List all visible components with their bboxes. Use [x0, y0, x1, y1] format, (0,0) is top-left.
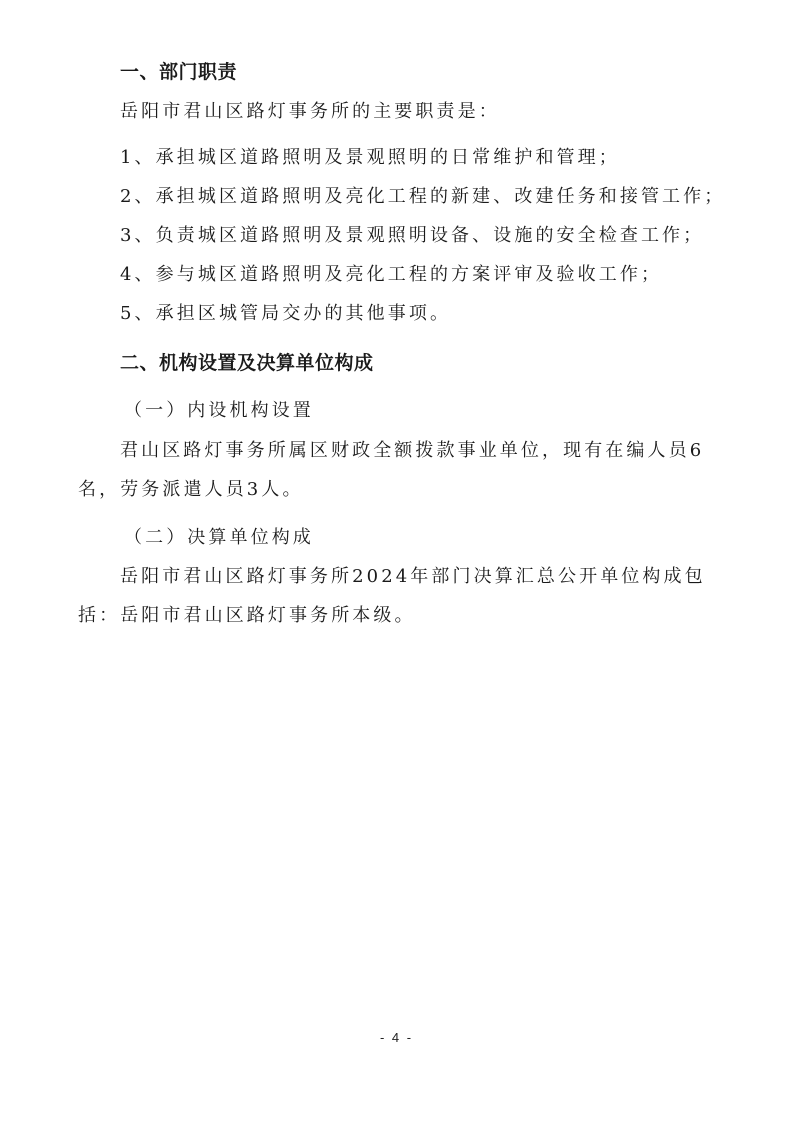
duty-item-1: 1、承担城区道路照明及景观照明的日常维护和管理；	[120, 146, 620, 170]
internal-structure-paragraph-line-2: 名，劳务派遣人员3人。	[78, 478, 304, 502]
subsection-heading-budget-units: （二）决算单位构成	[124, 526, 314, 550]
page-number: - 4 -	[0, 1030, 793, 1045]
section-heading-organization: 二、机构设置及决算单位构成	[120, 351, 374, 375]
section-heading-department-duties: 一、部门职责	[120, 60, 237, 84]
duties-intro: 岳阳市君山区路灯事务所的主要职责是：	[120, 100, 500, 124]
duty-item-3: 3、负责城区道路照明及景观照明设备、设施的安全检查工作；	[120, 224, 704, 248]
budget-units-paragraph-line-1: 岳阳市君山区路灯事务所2024年部门决算汇总公开单位构成包	[120, 565, 706, 589]
budget-units-paragraph-line-2: 括：岳阳市君山区路灯事务所本级。	[78, 604, 416, 628]
duty-item-5: 5、承担区城管局交办的其他事项。	[120, 302, 451, 326]
document-page: 一、部门职责 岳阳市君山区路灯事务所的主要职责是： 1、承担城区道路照明及景观照…	[0, 0, 793, 1122]
subsection-heading-internal-structure: （一）内设机构设置	[124, 399, 314, 423]
internal-structure-paragraph-line-1: 君山区路灯事务所属区财政全额拨款事业单位，现有在编人员6	[120, 439, 704, 463]
duty-item-4: 4、参与城区道路照明及亮化工程的方案评审及验收工作；	[120, 263, 662, 287]
duty-item-2: 2、承担城区道路照明及亮化工程的新建、改建任务和接管工作；	[120, 185, 725, 209]
